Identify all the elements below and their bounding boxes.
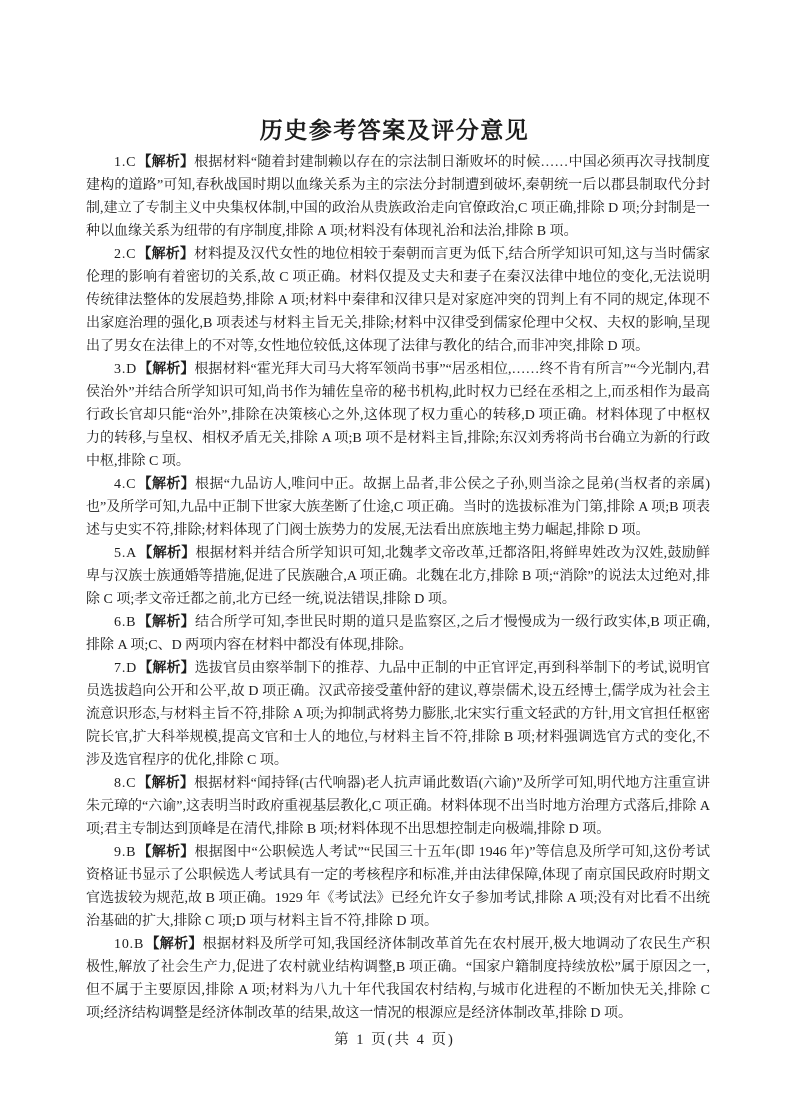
page-footer: 第 1 页(共 4 页) [0,1028,789,1049]
answer-number: 8.C [114,776,136,791]
analysis-label: 【解析】 [137,155,194,170]
analysis-label: 【解析】 [137,247,194,262]
answer-number: 2.C [114,247,136,262]
answer-item-2: 2.C【解析】材料提及汉代女性的地位相较于秦朝而言更为低下,结合所学知识可知,这… [86,243,710,358]
answer-number: 1.C [114,155,136,170]
analysis-label: 【解析】 [138,661,195,676]
answer-text: 根据材料“霍光拜大司马大将军领尚书事”“居丞相位,……终不肯有所言”“今光制内,… [86,362,710,469]
analysis-label: 【解析】 [137,776,194,791]
answer-text: 材料提及汉代女性的地位相较于秦朝而言更为低下,结合所学知识可知,这与当时儒家伦理… [86,247,710,354]
answer-item-6: 6.B【解析】结合所学可知,李世民时期的道只是监察区,之后才慢慢成为一级行政实体… [86,611,710,657]
answer-number: 4.C [114,477,136,492]
analysis-label: 【解析】 [138,546,195,561]
answer-item-7: 7.D【解析】选拔官员由察举制下的推荐、九品中正制的中正官评定,再到科举制下的考… [86,657,710,772]
answer-item-3: 3.D【解析】根据材料“霍光拜大司马大将军领尚书事”“居丞相位,……终不肯有所言… [86,358,710,473]
answer-number: 10.B [114,937,144,952]
answer-item-5: 5.A【解析】根据材料并结合所学知识可知,北魏孝文帝改革,迁都洛阳,将鲜卑姓改为… [86,542,710,611]
analysis-label: 【解析】 [138,362,194,377]
answer-number: 6.B [114,615,136,630]
answer-number: 7.D [114,661,137,676]
answer-item-1: 1.C【解析】根据材料“随着封建制赖以存在的宗法制日渐败坏的时候……中国必须再次… [86,151,710,243]
document-page: 历史参考答案及评分意见 1.C【解析】根据材料“随着封建制赖以存在的宗法制日渐败… [0,0,789,1099]
page-title: 历史参考答案及评分意见 [0,0,789,146]
answer-number: 3.D [114,362,137,377]
answer-text: 选拔官员由察举制下的推荐、九品中正制的中正官评定,再到科举制下的考试,说明官员选… [86,661,710,768]
answer-item-8: 8.C【解析】根据材料“闻持铎(古代响器)老人抗声诵此数语(六谕)”及所学可知,… [86,772,710,841]
answer-item-10: 10.B【解析】根据材料及所学可知,我国经济体制改革首先在农村展开,极大地调动了… [86,933,710,1025]
analysis-label: 【解析】 [137,477,195,492]
answers-section: 1.C【解析】根据材料“随着封建制赖以存在的宗法制日渐败坏的时候……中国必须再次… [86,151,710,1025]
answer-number: 5.A [114,546,137,561]
analysis-label: 【解析】 [137,615,195,630]
answer-item-4: 4.C【解析】根据“九品访人,唯问中正。故据上品者,非公侯之子孙,则当涂之昆弟(… [86,473,710,542]
answer-number: 9.B [114,845,136,860]
answer-item-9: 9.B【解析】根据图中“公职候选人考试”“民国三十五年(即 1946 年)”等信… [86,841,710,933]
analysis-label: 【解析】 [145,937,202,952]
analysis-label: 【解析】 [137,845,194,860]
